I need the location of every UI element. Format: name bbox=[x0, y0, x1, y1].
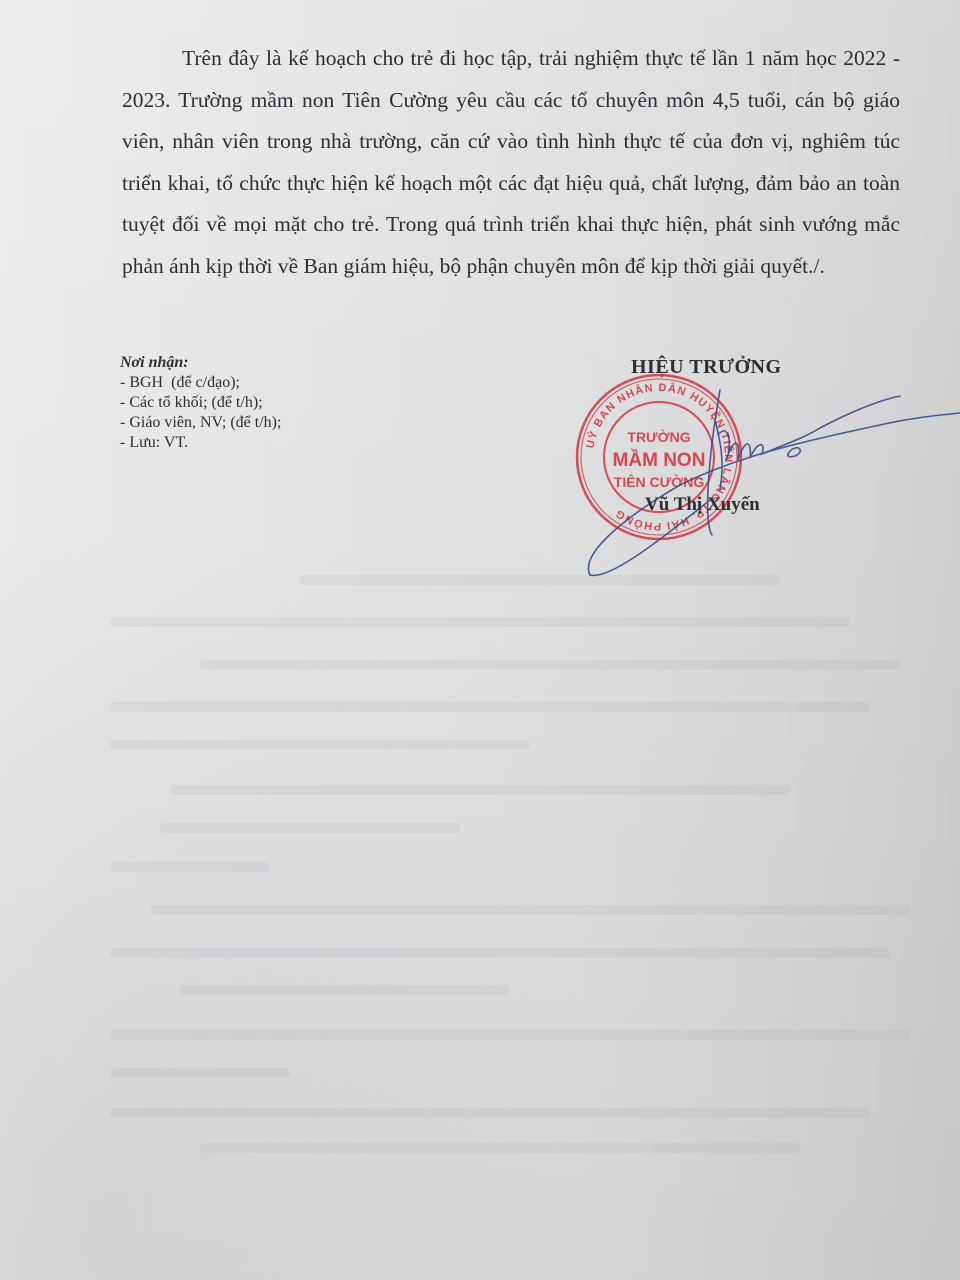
recipient-item: - Lưu: VT. bbox=[120, 433, 281, 453]
recipients-list: Nơi nhận: - BGH (để c/đạo); - Các tổ khố… bbox=[120, 353, 281, 453]
signer-name: Vũ Thị Xuyến bbox=[645, 494, 760, 516]
closing-paragraph: Trên đây là kế hoạch cho trẻ đi học tập,… bbox=[122, 38, 900, 287]
recipients-title: Nơi nhận: bbox=[120, 353, 281, 373]
recipient-item: - Giáo viên, NV; (để t/h); bbox=[120, 413, 281, 433]
recipient-item: - Các tổ khối; (để t/h); bbox=[120, 393, 281, 413]
recipient-item: - BGH (để c/đạo); bbox=[120, 373, 281, 393]
handwritten-signature bbox=[580, 380, 960, 590]
